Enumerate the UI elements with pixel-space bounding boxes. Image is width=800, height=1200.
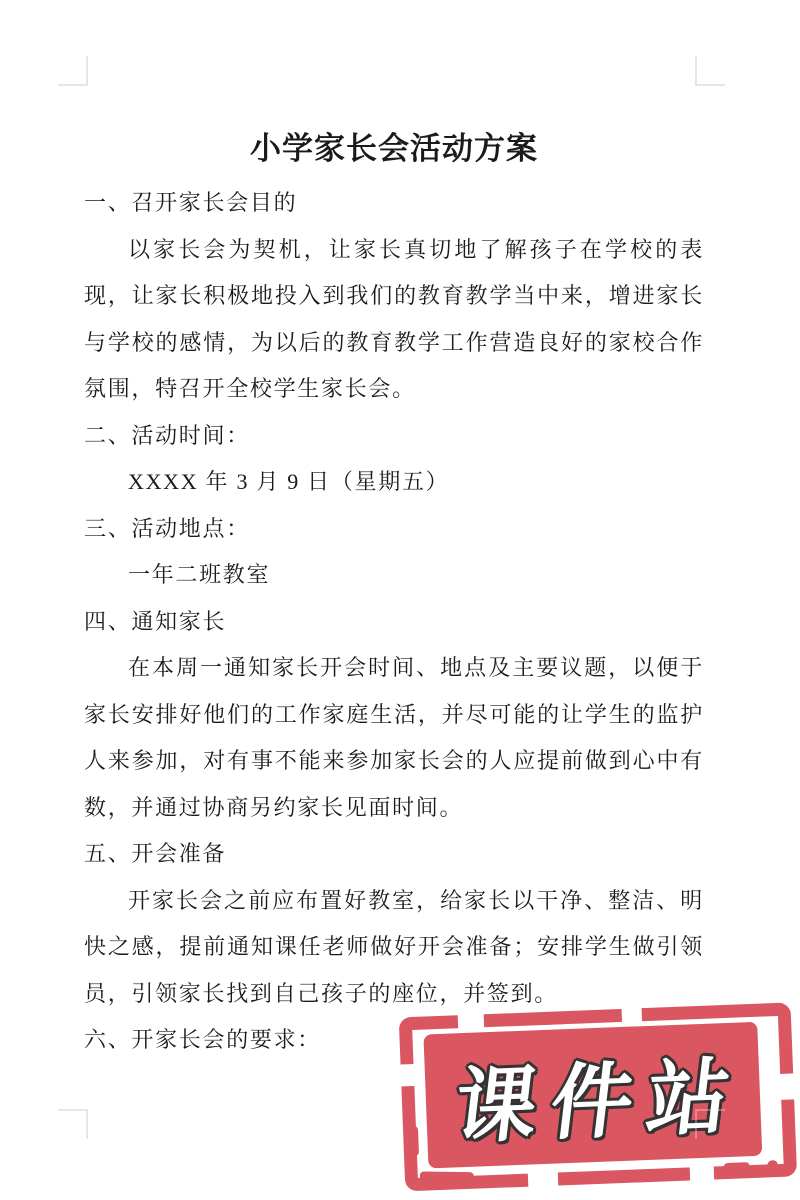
document-content: 小学家长会活动方案 一、召开家长会目的以家长会为契机，让家长真切地了解孩子在学校… xyxy=(84,128,704,1064)
margin-crop-mark-top-left xyxy=(58,56,88,86)
doc-indent-line: XXXX 年 3 月 9 日（星期五） xyxy=(84,459,704,506)
stamp-texture xyxy=(767,1160,777,1168)
doc-paragraph: 在本周一通知家长开会时间、地点及主要议题，以便于家长安排好他们的工作家庭生活，并… xyxy=(84,645,704,831)
stamp-texture xyxy=(528,1016,568,1026)
stamp-texture xyxy=(779,1073,795,1100)
stamp-texture xyxy=(622,1007,643,1023)
watermark-stamp: 课件站 xyxy=(393,996,800,1200)
doc-heading: 三、活动地点： xyxy=(84,506,704,553)
doc-heading: 二、活动时间： xyxy=(84,413,704,460)
doc-heading: 四、通知家长 xyxy=(84,599,704,646)
doc-heading: 一、召开家长会目的 xyxy=(84,180,704,227)
stamp-fill: 课件站 xyxy=(423,1022,762,1169)
doc-paragraph: 开家长会之前应布置好教室，给家长以干净、整洁、明快之感，提前通知课任老师做好开会… xyxy=(84,878,704,1018)
doc-paragraph: 以家长会为契机，让家长真切地了解孩子在学校的表现，让家长积极地投入到我们的教育教… xyxy=(84,227,704,413)
margin-crop-mark-top-right xyxy=(695,56,725,86)
stamp-texture xyxy=(400,1064,416,1087)
page-title: 小学家长会活动方案 xyxy=(84,128,704,170)
doc-indent-line: 一年二班教室 xyxy=(84,552,704,599)
stamp-texture xyxy=(528,1172,559,1188)
stamp-texture xyxy=(724,1162,750,1172)
document-page: 小学家长会活动方案 一、召开家长会目的以家长会为契机，让家长真切地了解孩子在学校… xyxy=(0,0,800,1200)
stamp-texture xyxy=(458,1013,485,1029)
stamp-label: 课件站 xyxy=(449,1031,751,1160)
margin-crop-mark-bottom-right-overlay xyxy=(695,1109,725,1139)
stamp-texture xyxy=(410,1126,419,1156)
margin-crop-mark-bottom-left xyxy=(58,1109,88,1139)
document-body: 一、召开家长会目的以家长会为契机，让家长真切地了解孩子在学校的表现，让家长积极地… xyxy=(84,180,704,1064)
doc-heading: 五、开会准备 xyxy=(84,831,704,878)
stamp-texture xyxy=(690,1166,715,1182)
stamp-texture xyxy=(420,1171,474,1181)
